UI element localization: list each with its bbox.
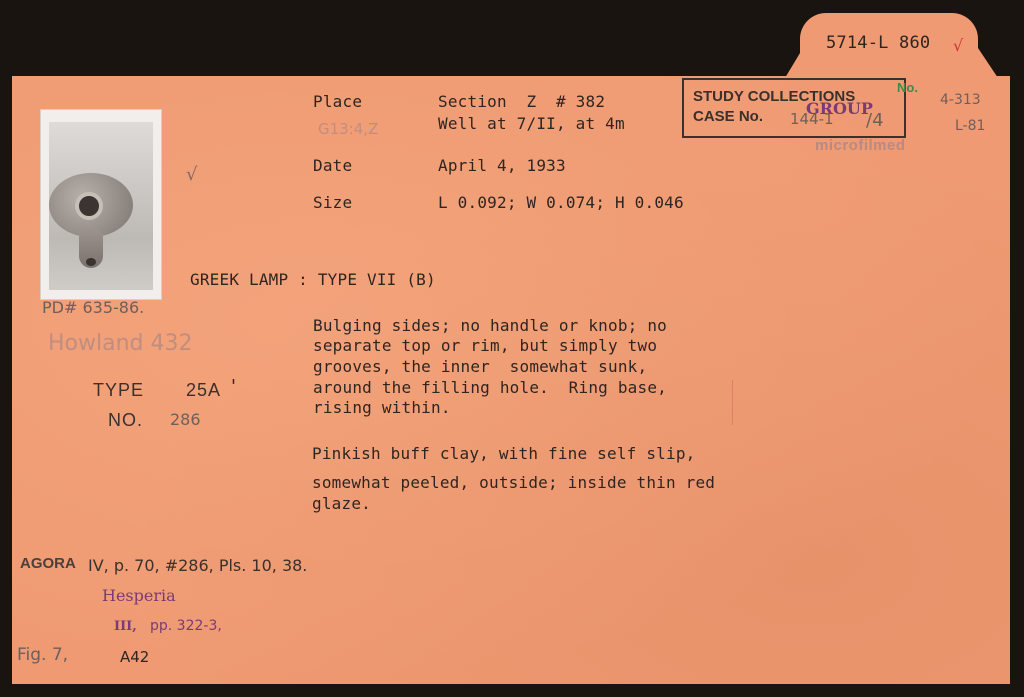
description-line-1: Bulging sides; no handle or knob; no xyxy=(313,316,667,336)
fabric-line-3: glaze. xyxy=(312,494,371,513)
place-handwritten-grid: G13:4,Z xyxy=(318,120,378,138)
tab-catalog-number: 5714-L 860 xyxy=(826,33,930,53)
agora-reference: IV, p. 70, #286, Pls. 10, 38. xyxy=(88,556,307,575)
place-value-line2: Well at 7/II, at 4m xyxy=(438,114,625,133)
green-number-stamp: No. xyxy=(897,80,918,95)
place-label: Place xyxy=(313,92,362,111)
lamp-photo xyxy=(40,109,162,300)
date-value: April 4, 1933 xyxy=(438,156,566,175)
lamp-wick-hole xyxy=(86,258,96,266)
size-value: L 0.092; W 0.074; H 0.046 xyxy=(438,193,684,212)
size-label: Size xyxy=(313,193,352,212)
type-label: TYPE xyxy=(93,380,144,401)
description-line-2: separate top or rim, but simply two xyxy=(313,336,657,355)
agora-label: AGORA xyxy=(20,555,76,572)
type-value: 25A xyxy=(186,380,221,401)
microfilmed-stamp: microfilmed xyxy=(815,137,906,154)
description-line-5: rising within. xyxy=(313,398,451,417)
lamp-filling-hole xyxy=(75,192,103,220)
group-stamp: GROUP xyxy=(806,99,873,118)
howland-reference: Howland 432 xyxy=(48,331,192,356)
type-mark: ' xyxy=(231,376,236,397)
number-label: NO. xyxy=(108,410,143,431)
pencil-check-icon: √ xyxy=(186,164,197,185)
right-note-2: L-81 xyxy=(955,118,985,134)
figure-reference: Fig. 7, xyxy=(17,645,68,665)
hesperia-label: Hesperia xyxy=(102,586,176,605)
description-line-4: around the filling hole. Ring base, xyxy=(313,378,667,397)
hesperia-volume: III, xyxy=(114,619,137,634)
right-note-1: 4-313 xyxy=(940,92,981,108)
hesperia-pages: pp. 322-3, xyxy=(150,618,222,634)
figure-number: A42 xyxy=(120,648,149,666)
stamp-case-label: CASE No. xyxy=(693,108,763,125)
object-title: GREEK LAMP : TYPE VII (B) xyxy=(190,270,436,289)
fabric-line-1: Pinkish buff clay, with fine self slip, xyxy=(312,444,695,463)
pd-number: PD# 635-86. xyxy=(42,298,144,317)
date-label: Date xyxy=(313,156,352,175)
red-mark-line xyxy=(732,380,733,425)
number-value: 286 xyxy=(170,410,201,429)
fabric-line-2: somewhat peeled, outside; inside thin re… xyxy=(312,473,715,492)
description-line-3: grooves, the inner somewhat sunk, xyxy=(313,357,647,376)
group-number: /4 xyxy=(866,110,884,131)
place-value-line1: Section Z # 382 xyxy=(438,92,605,111)
red-check-icon: √ xyxy=(953,36,963,55)
